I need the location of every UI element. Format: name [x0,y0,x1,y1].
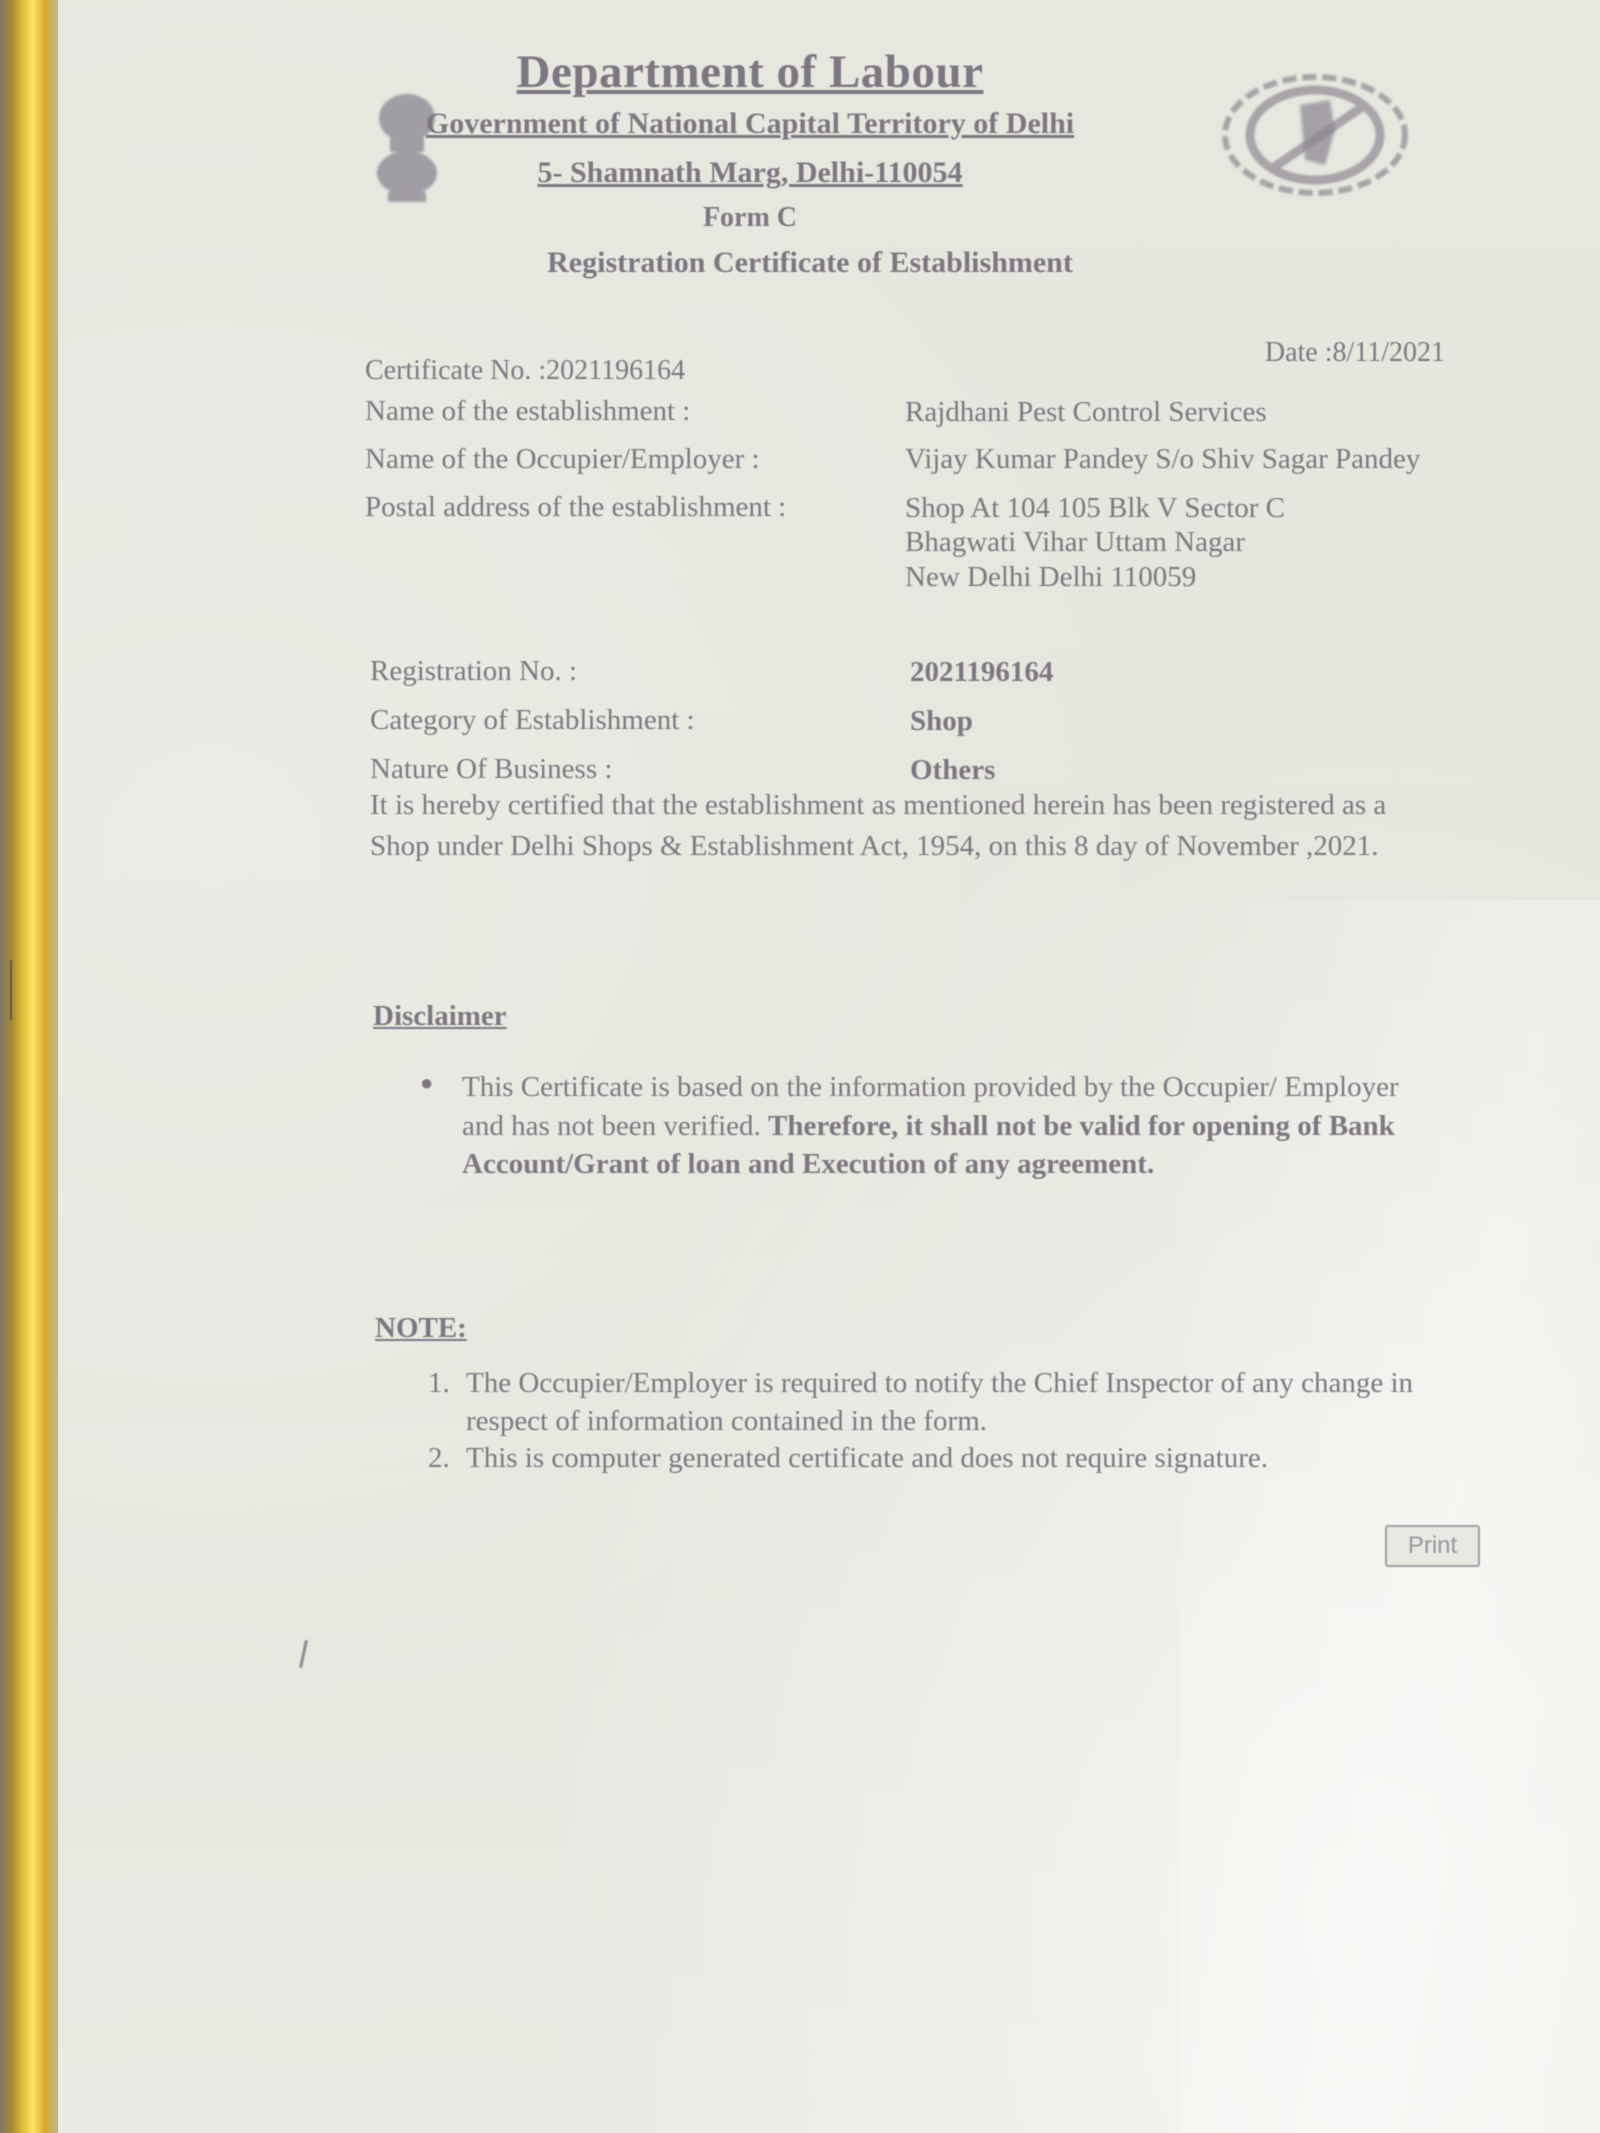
note-item: 1. The Occupier/Employer is required to … [428,1365,1468,1440]
field-value: Shop [910,704,1470,739]
field-value: 2021196164 [910,655,1470,690]
department-title: Department of Labour [300,45,1200,99]
field-label: Category of Establishment : [370,704,910,739]
field-nature-of-business: Nature Of Business : Others [370,753,1470,788]
establishment-fields: Name of the establishment : Rajdhani Pes… [365,395,1465,595]
field-establishment-name: Name of the establishment : Rajdhani Pes… [365,395,1465,430]
frame-scratch [10,960,12,1020]
note-heading: NOTE: [375,1312,467,1345]
department-address: 5- Shamnath Marg, Delhi-110054 [300,156,1200,190]
field-label: Nature Of Business : [370,753,910,788]
note-list: 1. The Occupier/Employer is required to … [428,1365,1468,1478]
field-label: Name of the Occupier/Employer : [365,443,905,476]
bullet-icon: ● [420,1068,433,1097]
field-label: Registration No. : [370,655,910,690]
address-line: Shop At 104 105 Blk V Sector C [905,491,1465,526]
disclaimer-text: ● This Certificate is based on the infor… [420,1068,1430,1184]
certificate-header: Department of Labour Government of Natio… [300,45,1200,280]
government-name: Government of National Capital Territory… [400,107,1100,142]
field-value: Others [910,753,1470,788]
certificate-date: Date :8/11/2021 [1265,337,1445,369]
certificate-title: Registration Certificate of Establishmen… [420,246,1200,280]
address-line: Bhagwati Vihar Uttam Nagar [905,525,1465,560]
certificate-number: Certificate No. :2021196164 [365,355,685,387]
field-label: Postal address of the establishment : [365,491,905,524]
department-seal-icon [1215,70,1415,200]
note-text: The Occupier/Employer is required to not… [466,1365,1468,1440]
field-label: Name of the establishment : [365,395,905,430]
field-value: Rajdhani Pest Control Services [905,395,1465,430]
disclaimer-heading: Disclaimer [373,1000,507,1033]
registration-details: Registration No. : 2021196164 Category o… [370,655,1470,801]
certification-statement: It is hereby certified that the establis… [370,785,1450,866]
print-button[interactable]: Print [1385,1525,1480,1567]
field-value: Vijay Kumar Pandey S/o Shiv Sagar Pandey [905,442,1465,477]
gold-frame-edge [0,0,60,2133]
field-occupier-name: Name of the Occupier/Employer : Vijay Ku… [365,442,1465,477]
address-line: New Delhi Delhi 110059 [905,560,1465,595]
note-item: 2. This is computer generated certificat… [428,1440,1468,1478]
field-value: Shop At 104 105 Blk V Sector C Bhagwati … [905,491,1465,595]
note-number: 2. [428,1440,466,1478]
field-registration-no: Registration No. : 2021196164 [370,655,1470,690]
note-text: This is computer generated certificate a… [466,1440,1268,1478]
note-number: 1. [428,1365,466,1440]
certificate-paper [58,0,1600,2133]
field-postal-address: Postal address of the establishment : Sh… [365,491,1465,595]
form-label: Form C [300,202,1200,234]
field-category: Category of Establishment : Shop [370,704,1470,739]
